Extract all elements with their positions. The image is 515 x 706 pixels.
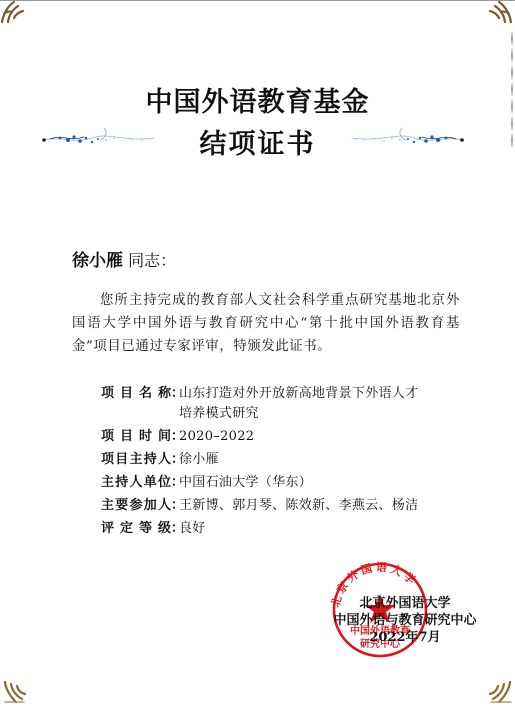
issuer-university: 北京外国语大学	[300, 595, 510, 612]
salutation: 徐小雁 同志：	[72, 246, 176, 271]
recipient-name: 徐小雁	[72, 251, 123, 271]
issuer-center: 中国外语与教育研究中心	[300, 612, 510, 629]
salutation-suffix: 同志：	[123, 251, 176, 270]
field-value: 良好	[179, 519, 431, 539]
field-value: 山东打造对外开放新高地背景下外语人才培养模式研究	[179, 384, 431, 423]
certificate-body-text: 您所主持完成的教育部人文社会科学重点研究基地北京外国语大学中国外语与教育研究中心…	[72, 289, 460, 358]
corner-ornament-bottom-right-icon	[489, 680, 513, 704]
issuer-block: 北京外国语大学 中国外语与教育研究中心 2022年7月	[300, 595, 510, 646]
field-project-leader: 项目主持人： 徐小雁	[101, 450, 431, 470]
field-project-name: 项 目 名 称： 山东打造对外开放新高地背景下外语人才培养模式研究	[101, 384, 431, 423]
field-label: 项目主持人	[101, 450, 171, 470]
issue-date: 2022年7月	[300, 629, 510, 646]
field-value: 徐小雁	[179, 450, 431, 470]
certificate-title: 中国外语教育基金	[0, 80, 515, 119]
field-project-time: 项 目 时 间： 2020–2022	[101, 427, 431, 447]
top-border-line	[0, 0, 515, 1]
field-evaluation-grade: 评 定 等 级： 良好	[101, 519, 431, 539]
field-label: 主要参加人	[101, 496, 171, 516]
corner-ornament-top-left-icon	[0, 0, 24, 24]
field-leader-institution: 主持人单位： 中国石油大学（华东）	[101, 473, 431, 493]
flourish-left-icon	[40, 124, 158, 152]
field-value: 王新博、郭月琴、陈效新、李燕云、杨洁	[179, 496, 431, 516]
field-value: 2020–2022	[179, 427, 431, 447]
field-label: 主持人单位	[101, 473, 171, 493]
field-main-participants: 主要参加人： 王新博、郭月琴、陈效新、李燕云、杨洁	[101, 496, 431, 516]
field-label: 评 定 等 级	[101, 519, 171, 539]
flourish-right-icon	[348, 124, 466, 152]
field-label: 项 目 时 间	[101, 427, 171, 447]
corner-ornament-top-right-icon	[489, 0, 513, 24]
field-label: 项 目 名 称	[101, 384, 171, 423]
project-details: 项 目 名 称： 山东打造对外开放新高地背景下外语人才培养模式研究 项 目 时 …	[101, 384, 431, 542]
corner-ornament-bottom-left-icon	[2, 680, 26, 704]
field-value: 中国石油大学（华东）	[179, 473, 431, 493]
